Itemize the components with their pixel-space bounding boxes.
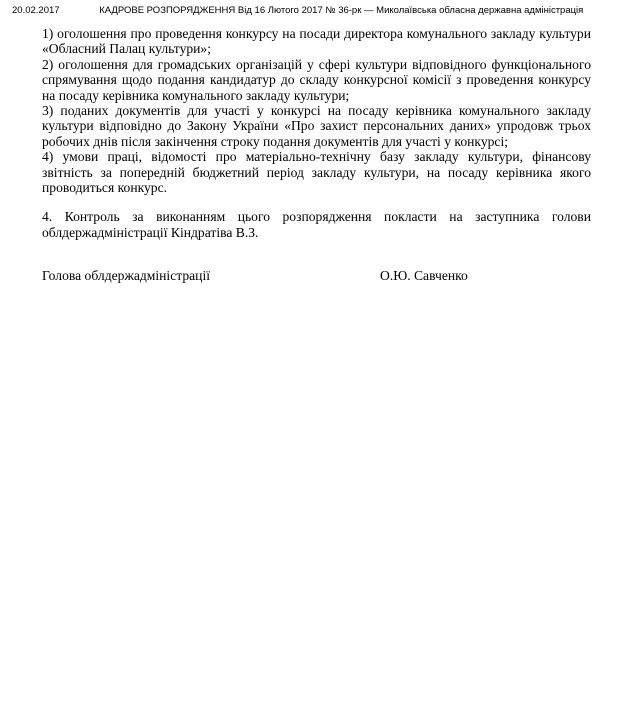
signature-position-title: Голова облдержадміністрації <box>42 268 210 283</box>
print-date: 20.02.2017 <box>12 5 60 16</box>
signature-name: О.Ю. Савченко <box>380 268 468 283</box>
print-title: КАДРОВЕ РОЗПОРЯДЖЕННЯ Від 16 Лютого 2017… <box>60 5 615 16</box>
document-body: 1) оголошення про проведення конкурсу на… <box>42 26 591 284</box>
order-item-1: 1) оголошення про проведення конкурсу на… <box>42 26 591 57</box>
order-item-2: 2) оголошення для громадських організаці… <box>42 57 591 103</box>
document-page: { "page": { "background": "#ffffff", "te… <box>0 0 627 707</box>
order-item-4: 4) умови праці, відомості про матеріальн… <box>42 149 591 195</box>
control-paragraph: 4. Контроль за виконанням цього розпоряд… <box>42 209 591 240</box>
signature-row: Голова облдержадміністрації О.Ю. Савченк… <box>42 268 591 284</box>
order-item-3: 3) поданих документів для участі у конку… <box>42 103 591 149</box>
print-header: 20.02.2017 КАДРОВЕ РОЗПОРЯДЖЕННЯ Від 16 … <box>0 0 627 16</box>
